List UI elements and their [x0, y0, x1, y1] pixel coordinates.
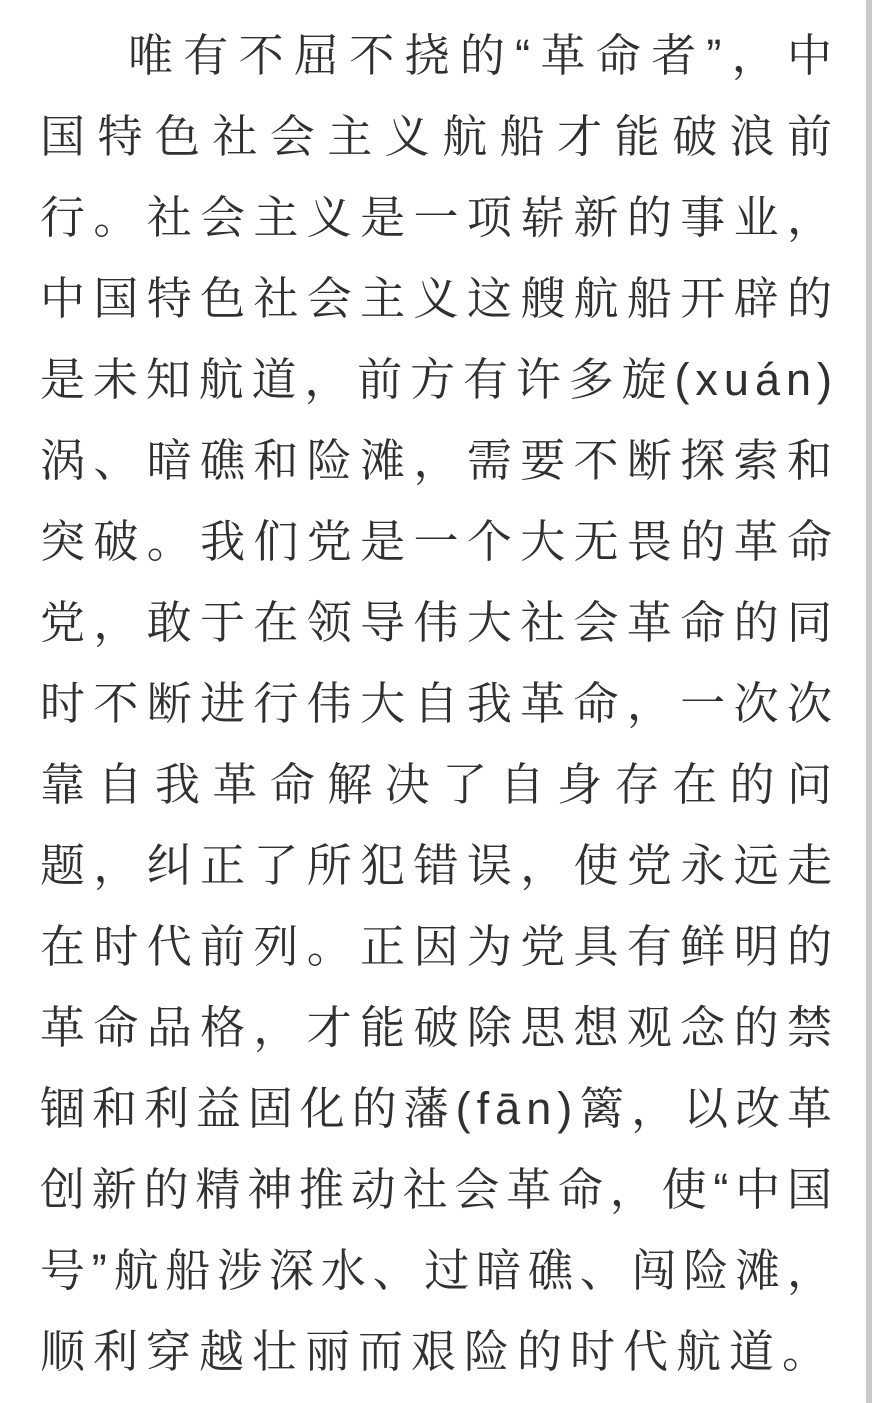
text-line: 在时代前列。正因为党具有鲜明的	[40, 906, 838, 987]
text-line: 中国特色社会主义这艘航船开辟的	[40, 258, 838, 339]
paragraph-block: 唯有不屈不挠的“革命者”，中 国特色社会主义航船才能破浪前 行。社会主义是一项崭…	[0, 0, 872, 1392]
text-line: 创新的精神推动社会革命，使“中国	[40, 1149, 838, 1230]
text-line: 革命品格，才能破除思想观念的禁	[40, 987, 838, 1068]
text-line: 靠自我革命解决了自身存在的问	[40, 744, 838, 825]
article-page: 唯有不屈不挠的“革命者”，中 国特色社会主义航船才能破浪前 行。社会主义是一项崭…	[0, 0, 872, 1403]
text-line: 突破。我们党是一个大无畏的革命	[40, 501, 838, 582]
text-line: 题，纠正了所犯错误，使党永远走	[40, 825, 838, 906]
text-line: 顺利穿越壮丽而艰险的时代航道。	[40, 1311, 838, 1392]
text-line: 号”航船涉深水、过暗礁、闯险滩，	[40, 1230, 838, 1311]
text-line: 行。社会主义是一项崭新的事业，	[40, 177, 838, 258]
text-line: 唯有不屈不挠的“革命者”，中	[40, 15, 838, 96]
text-line: 国特色社会主义航船才能破浪前	[40, 96, 838, 177]
text-line: 时不断进行伟大自我革命，一次次	[40, 663, 838, 744]
text-line: 是未知航道，前方有许多旋(xuán)	[40, 339, 838, 420]
text-line: 涡、暗礁和险滩，需要不断探索和	[40, 420, 838, 501]
right-edge-strip	[866, 0, 872, 1403]
text-line: 锢和利益固化的藩(fān)篱，以改革	[40, 1068, 838, 1149]
text-line: 党，敢于在领导伟大社会革命的同	[40, 582, 838, 663]
